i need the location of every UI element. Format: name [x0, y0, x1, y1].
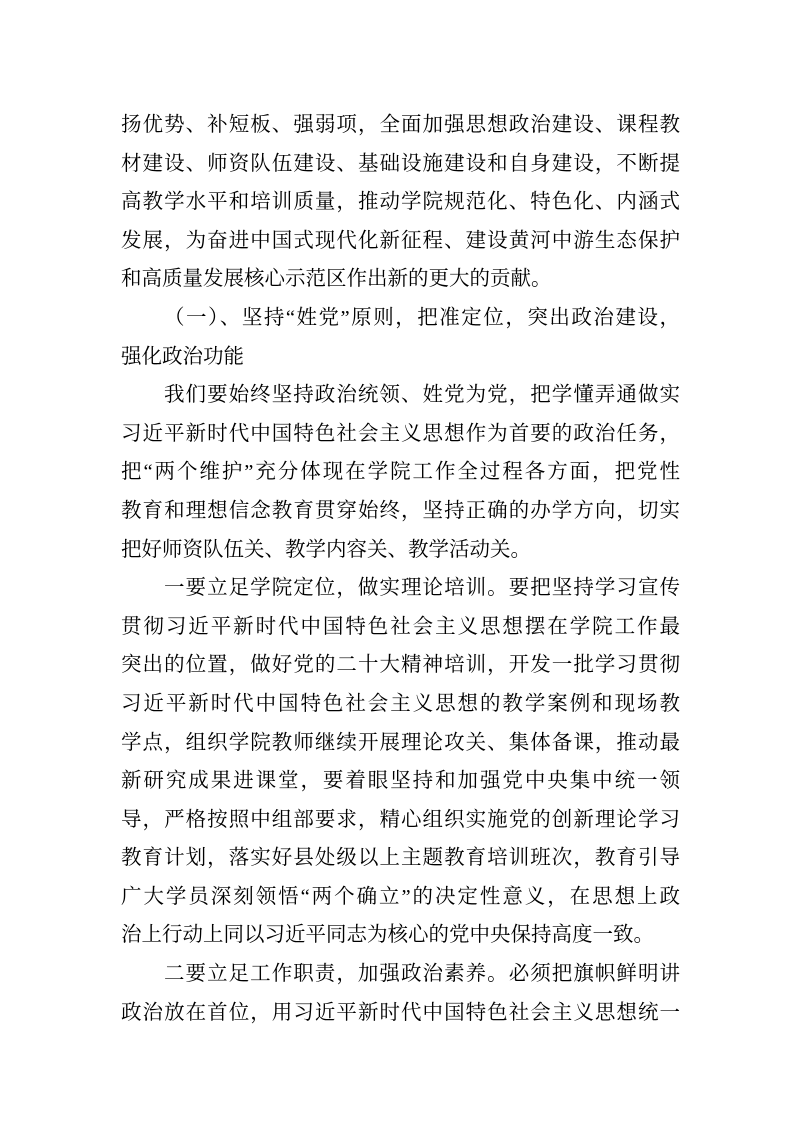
text-line: 我们要始终坚持政治统领、姓党为党，把学懂弄通做实	[121, 376, 680, 415]
text-line: 和高质量发展核心示范区作出新的更大的贡献。	[121, 260, 680, 299]
text-line: 二要立足工作职责，加强政治素养。必须把旗帜鲜明讲	[121, 955, 680, 994]
text-line: 把“两个维护”充分体现在学院工作全过程各方面，把党性	[121, 453, 680, 492]
text-line: 习近平新时代中国特色社会主义思想的教学案例和现场教	[121, 685, 680, 724]
text-line: 教育和理想信念教育贯穿始终，坚持正确的办学方向，切实	[121, 492, 680, 531]
text-block: 扬优势、补短板、强弱项，全面加强思想政治建设、课程教 材建设、师资队伍建设、基础…	[121, 106, 680, 1032]
heading-line: 强化政治功能	[121, 338, 680, 377]
paragraph-continuation: 扬优势、补短板、强弱项，全面加强思想政治建设、课程教 材建设、师资队伍建设、基础…	[121, 106, 680, 299]
text-line: 习近平新时代中国特色社会主义思想作为首要的政治任务，	[121, 415, 680, 454]
text-line: 把好师资队伍关、教学内容关、教学活动关。	[121, 531, 680, 570]
paragraph: 我们要始终坚持政治统领、姓党为党，把学懂弄通做实 习近平新时代中国特色社会主义思…	[121, 376, 680, 569]
text-line: 导，严格按照中组部要求，精心组织实施党的创新理论学习	[121, 801, 680, 840]
text-line: 高教学水平和培训质量，推动学院规范化、特色化、内涵式	[121, 183, 680, 222]
text-line: 贯彻习近平新时代中国特色社会主义思想摆在学院工作最	[121, 608, 680, 647]
text-line: 广大学员深刻领悟“两个确立”的决定性意义，在思想上政	[121, 878, 680, 917]
text-line: 教育计划，落实好县处级以上主题教育培训班次，教育引导	[121, 839, 680, 878]
text-line: 扬优势、补短板、强弱项，全面加强思想政治建设、课程教	[121, 106, 680, 145]
text-line: 新研究成果进课堂，要着眼坚持和加强党中央集中统一领	[121, 762, 680, 801]
text-line: 学点，组织学院教师继续开展理论攻关、集体备课，推动最	[121, 724, 680, 763]
text-line: 一要立足学院定位，做实理论培训。要把坚持学习宣传	[121, 569, 680, 608]
section-heading: （一）、坚持“姓党”原则，把准定位，突出政治建设， 强化政治功能	[121, 299, 680, 376]
text-line: 治上行动上同以习近平同志为核心的党中央保持高度一致。	[121, 916, 680, 955]
text-line: 突出的位置，做好党的二十大精神培训，开发一批学习贯彻	[121, 646, 680, 685]
document-page: 扬优势、补短板、强弱项，全面加强思想政治建设、课程教 材建设、师资队伍建设、基础…	[0, 0, 800, 1131]
paragraph: 二要立足工作职责，加强政治素养。必须把旗帜鲜明讲 政治放在首位，用习近平新时代中…	[121, 955, 680, 1032]
text-line: 材建设、师资队伍建设、基础设施建设和自身建设，不断提	[121, 145, 680, 184]
paragraph: 一要立足学院定位，做实理论培训。要把坚持学习宣传 贯彻习近平新时代中国特色社会主…	[121, 569, 680, 955]
heading-line: （一）、坚持“姓党”原则，把准定位，突出政治建设，	[121, 299, 680, 338]
text-line: 政治放在首位，用习近平新时代中国特色社会主义思想统一	[121, 994, 680, 1033]
text-line: 发展，为奋进中国式现代化新征程、建设黄河中游生态保护	[121, 222, 680, 261]
